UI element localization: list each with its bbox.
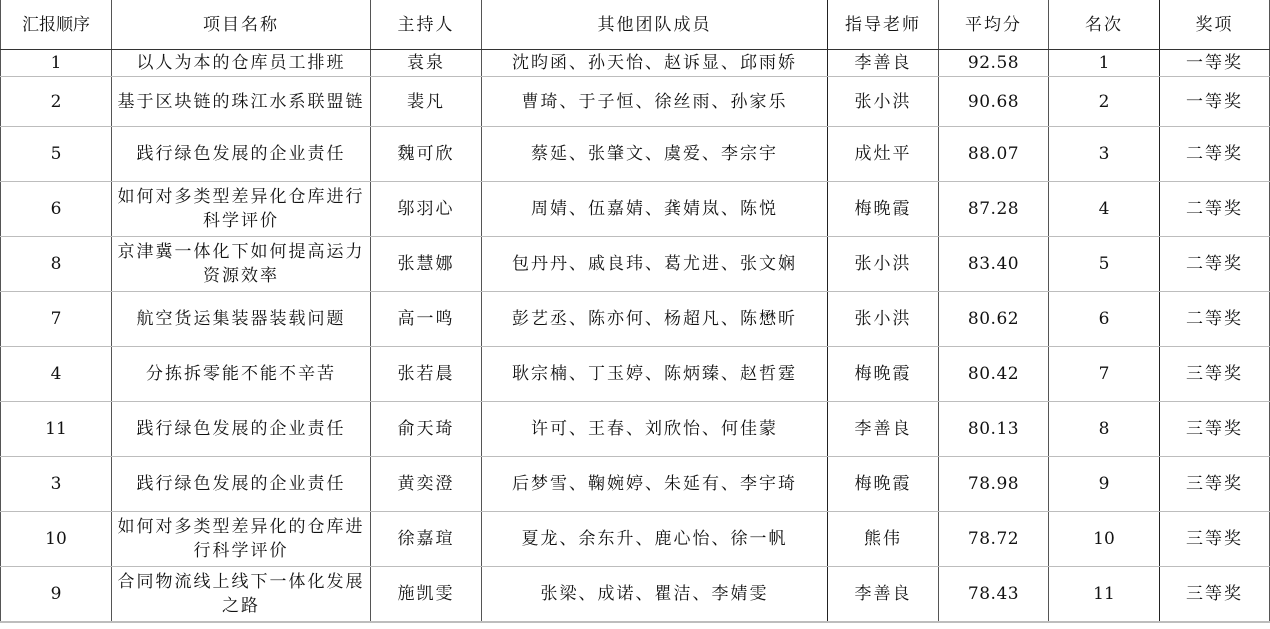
cell-score: 78.72: [939, 512, 1049, 567]
cell-award: 三等奖: [1160, 457, 1270, 512]
cell-award: 一等奖: [1160, 50, 1270, 77]
cell-advisor: 梅晚霞: [828, 457, 939, 512]
cell-members: 后梦雪、鞠婉婷、朱延有、李宇琦: [482, 457, 828, 512]
cell-award: 三等奖: [1160, 402, 1270, 457]
cell-project: 如何对多类型差异化的仓库进行科学评价: [112, 512, 371, 567]
cell-members: 耿宗楠、丁玉婷、陈炳臻、赵哲霆: [482, 347, 828, 402]
table-row: 6 如何对多类型差异化仓库进行科学评价 邬羽心 周婧、伍嘉婧、龚婧岚、陈悦 梅晚…: [1, 182, 1270, 237]
cell-project: 合同物流线上线下一体化发展之路: [112, 567, 371, 622]
cell-rank: 2: [1049, 77, 1160, 127]
cell-order: 9: [1, 567, 112, 622]
cell-advisor: 成灶平: [828, 127, 939, 182]
cell-advisor: 梅晚霞: [828, 347, 939, 402]
cell-order: 3: [1, 457, 112, 512]
cell-order: 4: [1, 347, 112, 402]
table-row: 8 京津冀一体化下如何提高运力资源效率 张慧娜 包丹丹、戚良玮、葛尤进、张文娴 …: [1, 237, 1270, 292]
cell-score: 88.07: [939, 127, 1049, 182]
cell-order: 10: [1, 512, 112, 567]
cell-host: 徐嘉瑄: [371, 512, 482, 567]
table-row: 3 践行绿色发展的企业责任 黄奕澄 后梦雪、鞠婉婷、朱延有、李宇琦 梅晚霞 78…: [1, 457, 1270, 512]
table-row: 10 如何对多类型差异化的仓库进行科学评价 徐嘉瑄 夏龙、余东升、鹿心怡、徐一帆…: [1, 512, 1270, 567]
cell-order: 8: [1, 237, 112, 292]
header-order: 汇报顺序: [1, 0, 112, 50]
cell-host: 裴凡: [371, 77, 482, 127]
cell-score: 78.98: [939, 457, 1049, 512]
cell-members: 沈昀函、孙天怡、赵诉显、邱雨娇: [482, 50, 828, 77]
cell-rank: 6: [1049, 292, 1160, 347]
cell-award: 三等奖: [1160, 567, 1270, 622]
cell-project: 以人为本的仓库员工排班: [112, 50, 371, 77]
cell-advisor: 李善良: [828, 567, 939, 622]
cell-score: 92.58: [939, 50, 1049, 77]
cell-advisor: 梅晚霞: [828, 182, 939, 237]
cell-members: 彭艺丞、陈亦何、杨超凡、陈懋昕: [482, 292, 828, 347]
cell-score: 78.43: [939, 567, 1049, 622]
cell-score: 87.28: [939, 182, 1049, 237]
header-project: 项目名称: [112, 0, 371, 50]
cell-members: 蔡延、张肇文、虞爱、李宗宇: [482, 127, 828, 182]
header-host: 主持人: [371, 0, 482, 50]
cell-members: 曹琦、于子恒、徐丝雨、孙家乐: [482, 77, 828, 127]
header-score: 平均分: [939, 0, 1049, 50]
cell-score: 80.62: [939, 292, 1049, 347]
cell-award: 二等奖: [1160, 182, 1270, 237]
cell-award: 三等奖: [1160, 512, 1270, 567]
cell-award: 二等奖: [1160, 237, 1270, 292]
cell-host: 邬羽心: [371, 182, 482, 237]
table-row: 2 基于区块链的珠江水系联盟链 裴凡 曹琦、于子恒、徐丝雨、孙家乐 张小洪 90…: [1, 77, 1270, 127]
cell-host: 施凯雯: [371, 567, 482, 622]
cell-members: 包丹丹、戚良玮、葛尤进、张文娴: [482, 237, 828, 292]
cell-advisor: 张小洪: [828, 77, 939, 127]
cell-order: 5: [1, 127, 112, 182]
header-advisor: 指导老师: [828, 0, 939, 50]
cell-order: 11: [1, 402, 112, 457]
table-row: 11 践行绿色发展的企业责任 俞天琦 许可、王春、刘欣怡、何佳蒙 李善良 80.…: [1, 402, 1270, 457]
table-row: 5 践行绿色发展的企业责任 魏可欣 蔡延、张肇文、虞爱、李宗宇 成灶平 88.0…: [1, 127, 1270, 182]
cell-score: 90.68: [939, 77, 1049, 127]
cell-rank: 10: [1049, 512, 1160, 567]
cell-project: 如何对多类型差异化仓库进行科学评价: [112, 182, 371, 237]
cell-members: 张梁、成诺、瞿洁、李婧雯: [482, 567, 828, 622]
cell-rank: 4: [1049, 182, 1160, 237]
cell-host: 魏可欣: [371, 127, 482, 182]
cell-project: 践行绿色发展的企业责任: [112, 457, 371, 512]
results-table: 汇报顺序 项目名称 主持人 其他团队成员 指导老师 平均分 名次 奖项 1 以人…: [0, 0, 1270, 623]
cell-host: 高一鸣: [371, 292, 482, 347]
header-row: 汇报顺序 项目名称 主持人 其他团队成员 指导老师 平均分 名次 奖项: [1, 0, 1270, 50]
cell-rank: 1: [1049, 50, 1160, 77]
cell-award: 二等奖: [1160, 127, 1270, 182]
cell-host: 袁泉: [371, 50, 482, 77]
cell-award: 二等奖: [1160, 292, 1270, 347]
cell-order: 7: [1, 292, 112, 347]
header-members: 其他团队成员: [482, 0, 828, 50]
cell-award: 三等奖: [1160, 347, 1270, 402]
cell-project: 航空货运集装器装载问题: [112, 292, 371, 347]
header-rank: 名次: [1049, 0, 1160, 50]
table-row: 1 以人为本的仓库员工排班 袁泉 沈昀函、孙天怡、赵诉显、邱雨娇 李善良 92.…: [1, 50, 1270, 77]
cell-host: 俞天琦: [371, 402, 482, 457]
cell-project: 京津冀一体化下如何提高运力资源效率: [112, 237, 371, 292]
table-row: 7 航空货运集装器装载问题 高一鸣 彭艺丞、陈亦何、杨超凡、陈懋昕 张小洪 80…: [1, 292, 1270, 347]
cell-advisor: 张小洪: [828, 292, 939, 347]
cell-host: 张若晨: [371, 347, 482, 402]
cell-advisor: 张小洪: [828, 237, 939, 292]
cell-project: 分拣拆零能不能不辛苦: [112, 347, 371, 402]
cell-order: 1: [1, 50, 112, 77]
cell-advisor: 李善良: [828, 402, 939, 457]
cell-advisor: 李善良: [828, 50, 939, 77]
cell-order: 6: [1, 182, 112, 237]
cell-project: 践行绿色发展的企业责任: [112, 127, 371, 182]
cell-rank: 5: [1049, 237, 1160, 292]
cell-order: 2: [1, 77, 112, 127]
cell-advisor: 熊伟: [828, 512, 939, 567]
header-award: 奖项: [1160, 0, 1270, 50]
cell-score: 80.42: [939, 347, 1049, 402]
table-row: 4 分拣拆零能不能不辛苦 张若晨 耿宗楠、丁玉婷、陈炳臻、赵哲霆 梅晚霞 80.…: [1, 347, 1270, 402]
cell-award: 一等奖: [1160, 77, 1270, 127]
cell-members: 周婧、伍嘉婧、龚婧岚、陈悦: [482, 182, 828, 237]
cell-host: 张慧娜: [371, 237, 482, 292]
cell-rank: 7: [1049, 347, 1160, 402]
cell-project: 践行绿色发展的企业责任: [112, 402, 371, 457]
cell-rank: 11: [1049, 567, 1160, 622]
cell-score: 83.40: [939, 237, 1049, 292]
cell-rank: 8: [1049, 402, 1160, 457]
cell-score: 80.13: [939, 402, 1049, 457]
table-row: 9 合同物流线上线下一体化发展之路 施凯雯 张梁、成诺、瞿洁、李婧雯 李善良 7…: [1, 567, 1270, 622]
cell-members: 许可、王春、刘欣怡、何佳蒙: [482, 402, 828, 457]
cell-rank: 9: [1049, 457, 1160, 512]
cell-members: 夏龙、余东升、鹿心怡、徐一帆: [482, 512, 828, 567]
cell-host: 黄奕澄: [371, 457, 482, 512]
cell-project: 基于区块链的珠江水系联盟链: [112, 77, 371, 127]
cell-rank: 3: [1049, 127, 1160, 182]
